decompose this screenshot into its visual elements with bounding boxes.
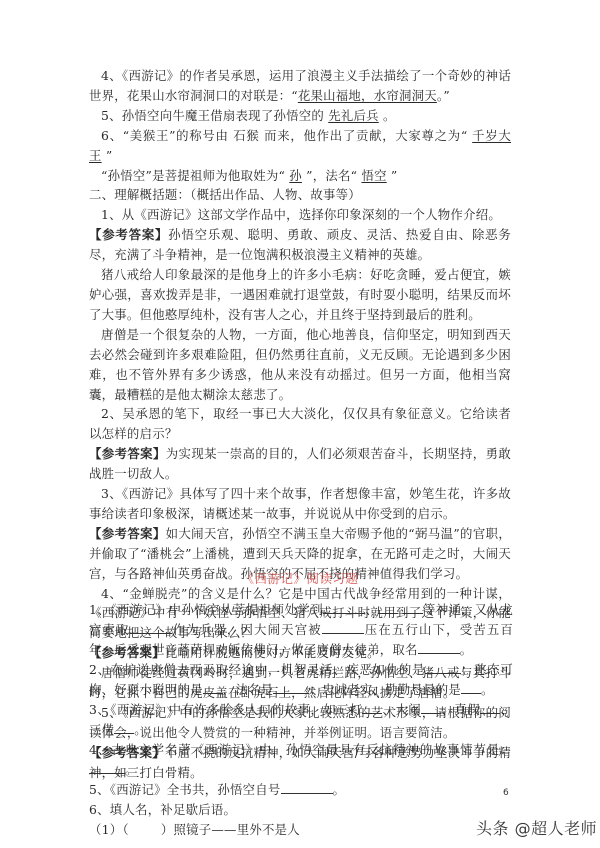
- watermark: 头条 @超人老师: [476, 816, 597, 839]
- question-text: 6、“美猴王”的称号由 石猴 而来，他作出了贡献，大家尊之为“: [101, 128, 467, 143]
- blank: [418, 641, 460, 654]
- question-text: ）照镜子——里外不是人: [161, 822, 300, 837]
- exercise-question-6-1: （1）（）照镜子——里外不是人: [89, 820, 513, 840]
- question-text: 、真假: [441, 702, 480, 717]
- paragraph: 猪八戒给人印象最深的是他身上的许多小毛病：好吃贪睡，爱占便宜，嫉妒心强，喜欢拨弄…: [89, 265, 511, 325]
- reference-answer: 【参考答案】为实现某一崇高的目的，人们必须艰苦奋斗，长期坚持，勇敢战胜一切敌人。: [89, 444, 511, 484]
- blank: [273, 681, 309, 694]
- question-text: ，法名是: [223, 682, 274, 697]
- exercise-question-3: 3、《西游记》中有许多脍炙人口的故事，如三打、大闹、真假、三借。: [89, 700, 513, 740]
- question-text: ”: [391, 168, 398, 183]
- fill-question-4: 4、《西游记》的作者吴承恩，运用了浪漫主义手法描绘了一个奇妙的神话世界，花果山水…: [89, 66, 511, 106]
- answer-text: 孙: [289, 168, 302, 183]
- question-text: 。: [481, 682, 494, 697]
- blank: [322, 621, 364, 634]
- blank: [130, 621, 172, 634]
- question-text: 3、《西游记》中有许多脍炙人口的故事，如三打: [89, 702, 362, 717]
- exercise-section: 1、《西游记》中孙悟空从菩提祖师处学到、 等神通，又从龙宫索取作为兵器，因大闹天…: [89, 600, 513, 840]
- blank: [203, 681, 223, 694]
- exercise-title: 《西游记》阅读习题: [0, 569, 600, 587]
- question: 2、吴承恩的笔下，取经一事已大大淡化，仅仅具有象征意义。它给读者以怎样的启示？: [89, 404, 511, 444]
- question-text: 作为兵器，因大闹天宫被: [172, 622, 322, 637]
- question-text: 5、《西游记》全书共，孙悟空自号: [89, 782, 281, 797]
- blank: [323, 601, 365, 614]
- answer-couplet: 花果山福地，水帘洞洞天: [298, 88, 437, 103]
- answer-label: 【参考答案】: [89, 526, 166, 541]
- question-text: ”，法名“: [306, 168, 357, 183]
- reference-answer: 【参考答案】孙悟空乐观、聪明、勇敢、顽皮、灵活、热爱自由、除恶务尽，充满了斗争精…: [89, 225, 511, 265]
- blank: [281, 781, 333, 794]
- paragraph: 唐僧是一个很复杂的人物，一方面，他心地善良，信仰坚定，明知到西天去必然会碰到许多…: [89, 325, 511, 405]
- answer-label: 【参考答案】: [89, 446, 166, 461]
- question: 3、《西游记》具体写了四十来个故事，作者想像丰富，妙笔生花，许多故事给读者印象极…: [89, 484, 511, 524]
- question-text: 1、《西游记》中孙悟空从菩提祖师处学到: [89, 602, 323, 617]
- answer-label: 【参考答案】: [89, 227, 168, 242]
- question-text: ”: [106, 148, 113, 163]
- question-text: 、: [365, 602, 378, 617]
- answer-text: 悟空: [361, 168, 386, 183]
- blank: [378, 601, 398, 614]
- question-text: 。: [125, 762, 138, 777]
- question-text: 。: [134, 722, 147, 737]
- blank: [362, 701, 382, 714]
- fill-question-6-cont: “孙悟空”是菩提祖师为他取姓为“ 孙 ”，法名“ 悟空 ”: [89, 166, 511, 186]
- question-text: ；忠诚老实、勤勤恳恳的是: [309, 682, 461, 697]
- exercise-question-4: 4、古典文学名著《西游记》中，孙悟空最具有反抗精神的故事情节是：。: [89, 740, 513, 780]
- fill-question-5: 5、孙悟空向牛魔王借扇表现了孙悟空的 先礼后兵 。: [89, 106, 511, 126]
- fill-question-6: 6、“美猴王”的称号由 石猴 而来，他作出了贡献，大家尊之为“ 千岁大王 ”: [89, 126, 511, 166]
- section-heading: 二、理解概括题：（概括出作品、人物、故事等）: [89, 185, 511, 205]
- exercise-question-6: 6、填人名，补足歇后语。: [89, 800, 513, 820]
- blank: [403, 601, 423, 614]
- question-text: 。: [333, 782, 346, 797]
- page-number: 6: [503, 788, 509, 798]
- exercise-question-5: 5、《西游记》全书共，孙悟空自号。: [89, 780, 513, 800]
- question: 1、从《西游记》这部文学作品中，选择你印象深刻的一个人物作介绍。: [89, 205, 511, 225]
- blank: [480, 701, 500, 714]
- question-text: 。: [383, 108, 396, 123]
- blank: [421, 701, 441, 714]
- question-text: 4、古典文学名著《西游记》中，孙悟空最具有反抗精神的故事情节是：: [89, 742, 513, 757]
- question-text: 。: [460, 642, 473, 657]
- question-text: “孙悟空”是菩提祖师为他取姓为“: [101, 168, 285, 183]
- question-text: 5、孙悟空向牛魔王借扇表现了孙悟空的: [101, 108, 324, 123]
- question-text: （1）（: [89, 822, 129, 837]
- exercise-question-2: 2、在护送唐僧去西天取经途中，机智灵活、疾恶如仇的是；憨态可掬、好耍小聪明的是，…: [89, 660, 513, 700]
- blank: [461, 681, 481, 694]
- question-text: 、大闹: [382, 702, 421, 717]
- blank: [114, 721, 134, 734]
- blank: [89, 761, 125, 774]
- exercise-question-1: 1、《西游记》中孙悟空从菩提祖师处学到、 等神通，又从龙宫索取作为兵器，因大闹天…: [89, 600, 513, 660]
- question-text: 。”: [437, 88, 450, 103]
- question-text: 2、在护送唐僧去西天取经途中，机智灵活、疾恶如仇的是: [89, 662, 425, 677]
- answer-text: 先礼后兵: [328, 108, 379, 123]
- blank: [425, 661, 461, 674]
